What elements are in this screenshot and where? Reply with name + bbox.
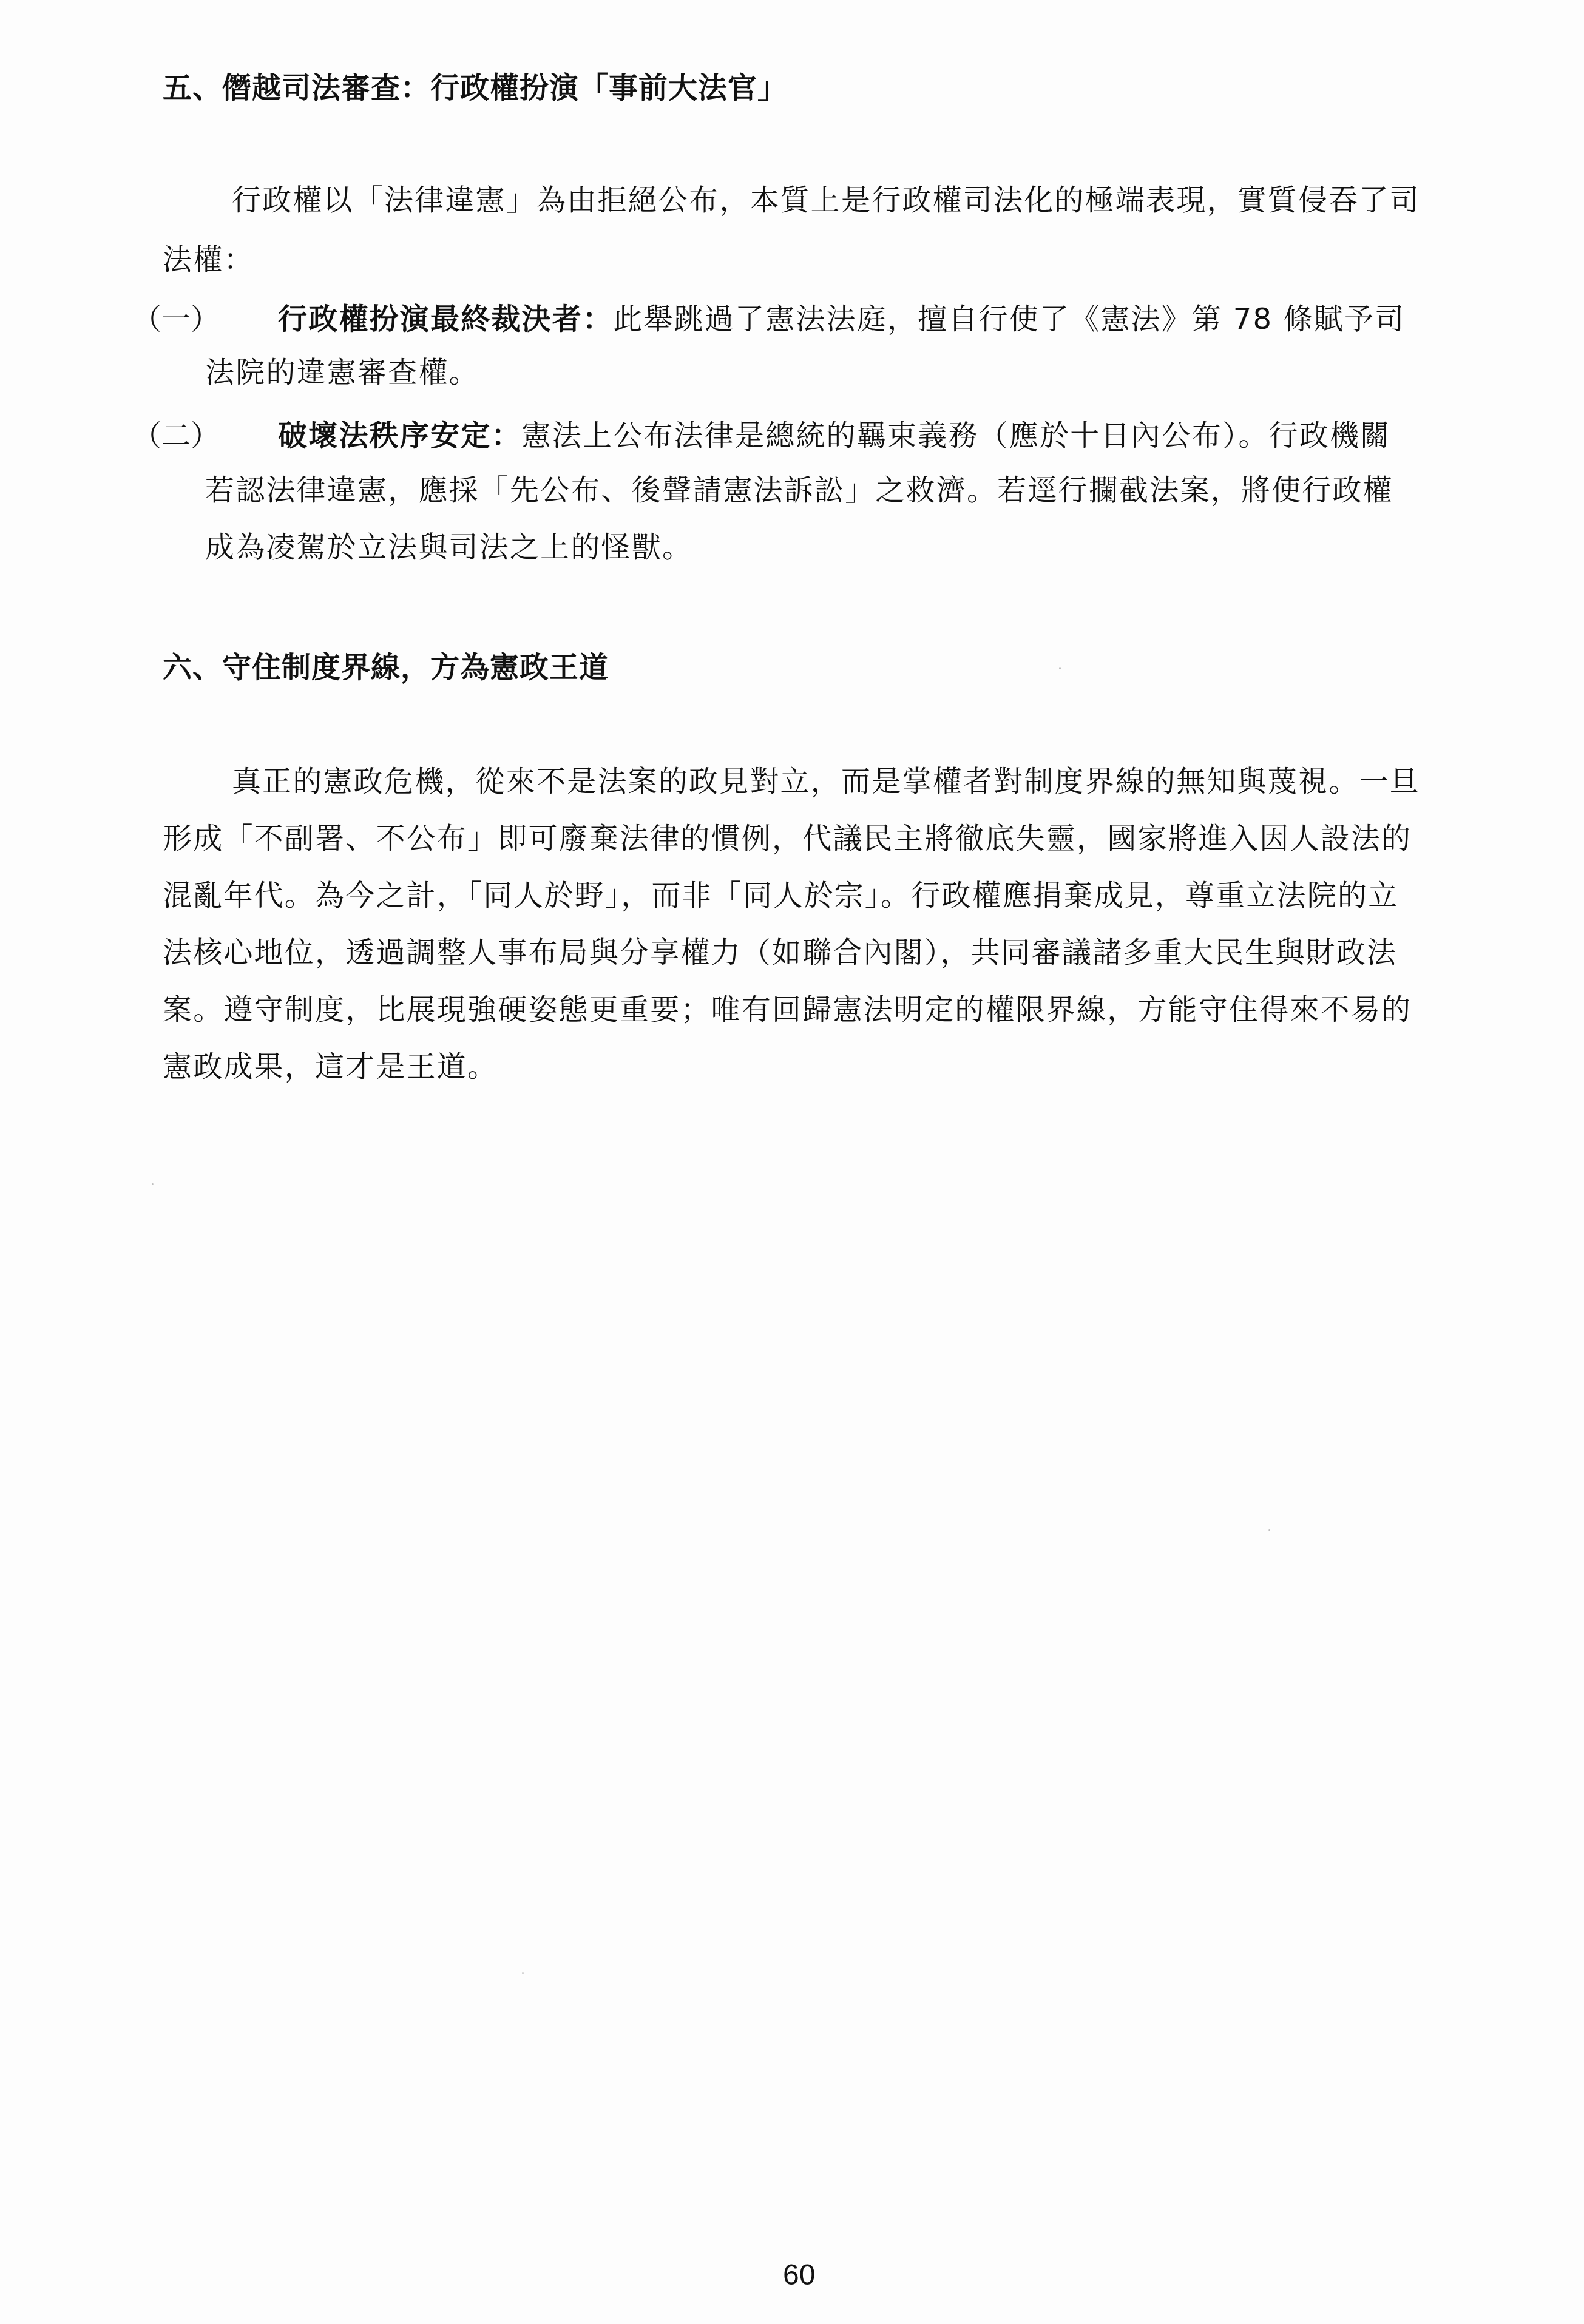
section-6-line-6: 憲政成果，這才是王道。 — [163, 1049, 498, 1085]
item-2-line-3: 成為凌駕於立法與司法之上的怪獸。 — [205, 529, 692, 566]
item-1-line-2: 法院的違憲審查權。 — [205, 354, 479, 391]
document-page: 五、僭越司法審查：行政權扮演「事前大法官」 行政權以「法律違憲」為由拒絕公布，本… — [0, 0, 1584, 2324]
scan-speck — [1059, 667, 1061, 669]
item-2-title: 破壞法秩序安定： — [278, 419, 522, 453]
section-5-intro-line-2: 法權： — [163, 242, 254, 278]
item-1-line-1: 行政權扮演最終裁決者：此舉跳過了憲法法庭，擅自行使了《憲法》第 78 條賦予司 — [278, 301, 1405, 337]
item-1-title: 行政權扮演最終裁決者： — [278, 302, 613, 336]
item-1-label: （一） — [132, 301, 220, 337]
item-2-text-1: 憲法上公布法律是總統的羈束義務（應於十日內公布）。行政機關 — [522, 419, 1391, 453]
section-6-line-3: 混亂年代。為今之計，「同人於野」，而非「同人於宗」。行政權應捐棄成見，尊重立法院… — [163, 877, 1398, 914]
item-2-line-1: 破壞法秩序安定：憲法上公布法律是總統的羈束義務（應於十日內公布）。行政機關 — [278, 417, 1390, 454]
section-5-intro-line-1: 行政權以「法律違憲」為由拒絕公布，本質上是行政權司法化的極端表現，實質侵吞了司 — [232, 182, 1420, 218]
item-1-text-1: 此舉跳過了憲法法庭，擅自行使了《憲法》第 78 條賦予司 — [613, 302, 1405, 336]
section-6-line-5: 案。遵守制度，比展現強硬姿態更重要；唯有回歸憲法明定的權限界線，方能守住得來不易… — [163, 991, 1412, 1028]
section-6-line-4: 法核心地位，透過調整人事布局與分享權力（如聯合內閣），共同審議諸多重大民生與財政… — [163, 934, 1397, 971]
scan-speck — [152, 1183, 154, 1185]
scan-speck — [522, 1972, 524, 1974]
section-5-heading: 五、僭越司法審查：行政權扮演「事前大法官」 — [163, 70, 787, 106]
section-6-heading: 六、守住制度界線，方為憲政王道 — [163, 649, 609, 686]
scan-speck — [1268, 1529, 1270, 1531]
item-2-label: （二） — [132, 417, 220, 454]
section-6-line-2: 形成「不副署、不公布」即可廢棄法律的慣例，代議民主將徹底失靈，國家將進入因人設法… — [163, 820, 1412, 857]
section-6-line-1: 真正的憲政危機，從來不是法案的政見對立，而是掌權者對制度界線的無知與蔑視。一旦 — [232, 763, 1420, 800]
page-number: 60 — [783, 2257, 815, 2294]
item-2-line-2: 若認法律違憲，應採「先公布、後聲請憲法訴訟」之救濟。若逕行攔截法案，將使行政權 — [205, 472, 1393, 508]
